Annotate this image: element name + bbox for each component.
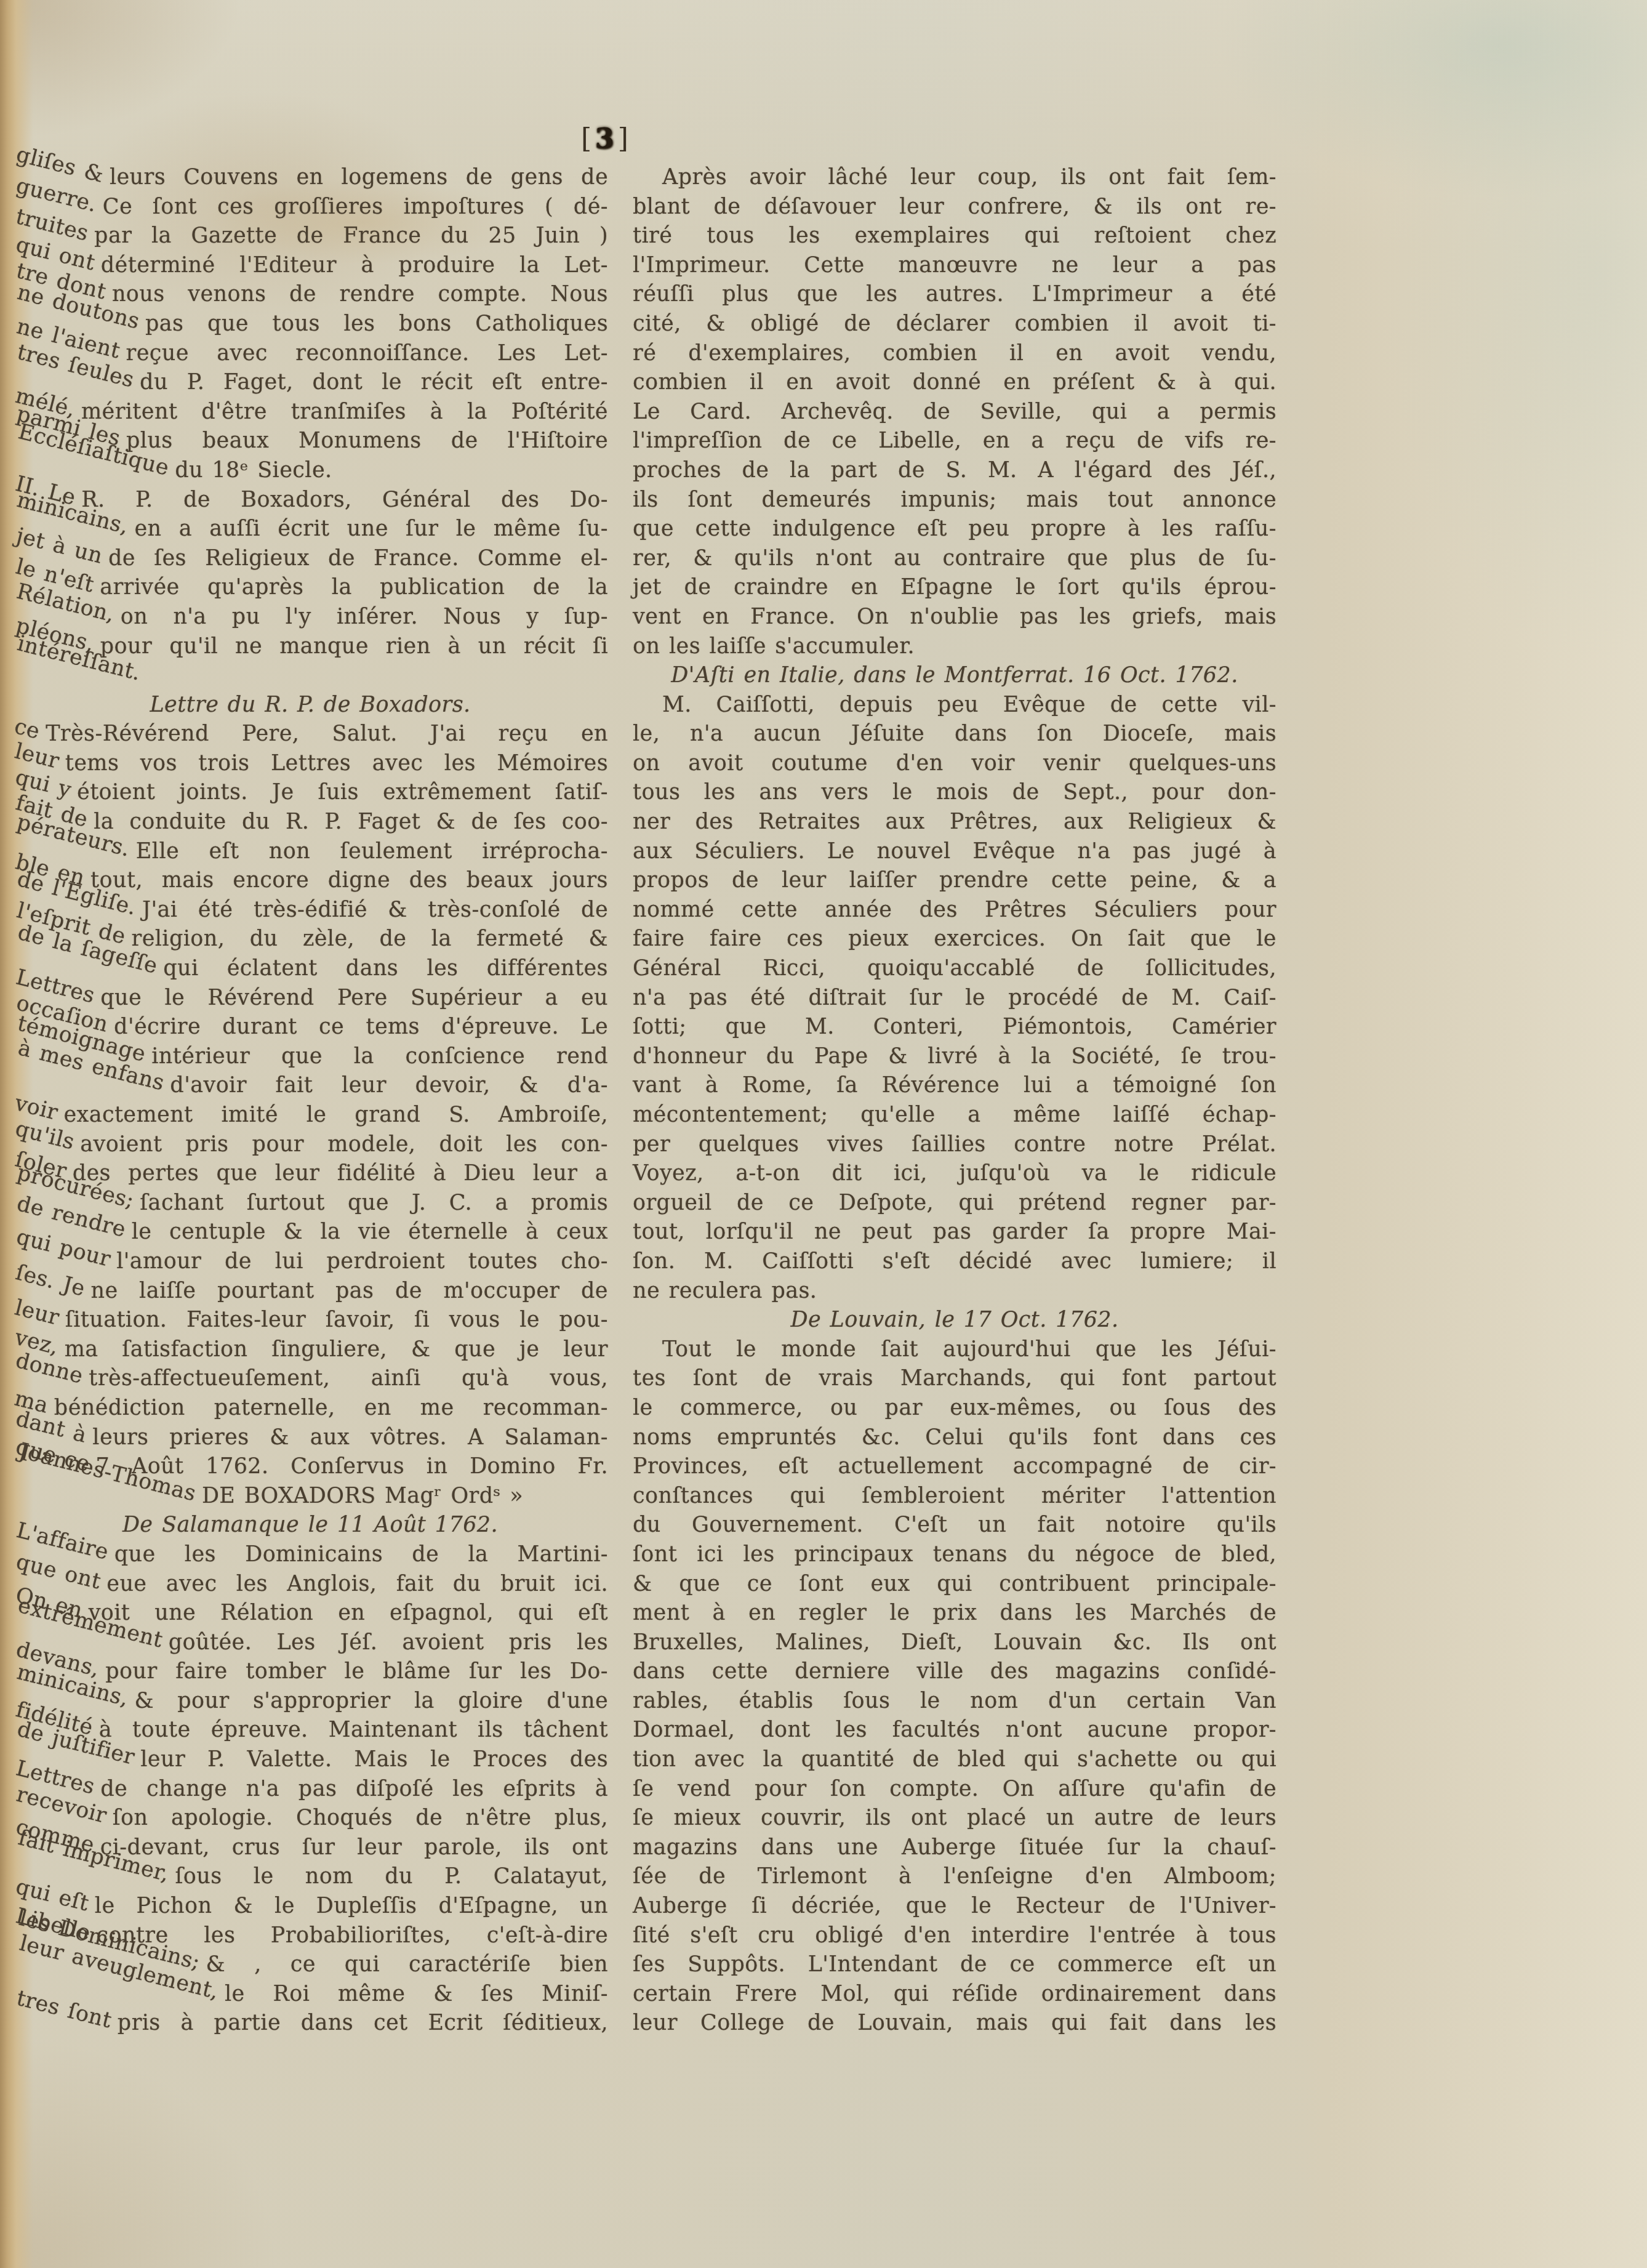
line-text: ſous le nom du P. Calatayut, xyxy=(175,1864,608,1889)
line-text: réuſſi plus que les autres. L'Imprimeur … xyxy=(633,282,1276,307)
text-line: rables, établis ſous le nom d'un certain… xyxy=(633,1689,1276,1718)
line-text: ſée de Tirlemont à l'enſeigne d'en Almbo… xyxy=(633,1864,1276,1889)
text-line: Lettres de change n'a pas diſpoſé les eſ… xyxy=(12,1777,608,1806)
text-line: guerre. Ce ſont ces groſſieres impoſture… xyxy=(12,195,608,224)
line-text: jet de craindre en Eſpagne le ſort qu'il… xyxy=(633,575,1276,600)
line-text: tout, mais encore digne des beaux jours xyxy=(90,868,608,893)
line-text: orgueil de ce Deſpote, qui prétend regne… xyxy=(633,1191,1276,1215)
text-line: certain Frere Mol, qui réſide ordinairem… xyxy=(633,1982,1276,2011)
text-line: dant à leurs prieres & aux vôtres. A Sal… xyxy=(12,1425,608,1455)
text-line: Tout le monde ſait aujourd'hui que les J… xyxy=(633,1337,1276,1367)
line-text: du P. Faget, dont le récit eſt entre- xyxy=(140,370,608,395)
line-text: religion, du zèle, de la fermeté & xyxy=(132,927,608,951)
line-text: on n'a pu l'y inſérer. Nous y ſup- xyxy=(121,605,608,629)
text-line: L'affaire que les Dominicains de la Mart… xyxy=(12,1542,608,1572)
line-text: Le Card. Archevêq. de Seville, qui a per… xyxy=(633,400,1276,424)
line-text: ner des Retraites aux Prêtres, aux Relig… xyxy=(633,810,1276,834)
text-line: tout, lorſqu'il ne peut pas garder ſa pr… xyxy=(633,1220,1276,1249)
text-line: que cette indulgence eſt peu propre à le… xyxy=(633,517,1276,546)
text-line: Auberge ſi décriée, que le Recteur de l'… xyxy=(633,1894,1276,1923)
line-text: dans cette derniere ville des magazins c… xyxy=(633,1659,1276,1684)
text-line: Rélation, on n'a pu l'y inſérer. Nous y … xyxy=(12,605,608,634)
line-text: par la Gazette de France du 25 Juin ) xyxy=(94,223,608,248)
line-text: vant à Rome, ſa Révérence lui a témoigné… xyxy=(633,1073,1276,1098)
line-text: tout, lorſqu'il ne peut pas garder ſa pr… xyxy=(633,1220,1276,1244)
line-text: & pour s'approprier la gloire d'une xyxy=(134,1689,608,1713)
text-line: mécontentement; qu'elle a même laiſſé éc… xyxy=(633,1103,1276,1132)
line-text: des pertes que leur fidélité à Dieu leur… xyxy=(73,1161,608,1186)
text-line: tres ſont pris à partie dans cet Ecrit ſ… xyxy=(12,2011,608,2040)
line-text: le centuple & la vie éternelle à ceux xyxy=(132,1220,608,1244)
text-line: vez, ma ſatisfaction ſinguliere, & que j… xyxy=(12,1337,608,1367)
text-line: leur ſituation. Faites-leur ſavoir, ſi v… xyxy=(12,1308,608,1337)
text-line: tiré tous les exemplaires qui reſtoient … xyxy=(633,223,1276,253)
line-text: De Louvain, le 17 Oct. 1762. xyxy=(633,1308,1276,1332)
line-text: De Salamanque le 11 Août 1762. xyxy=(12,1513,608,1537)
text-line: ner des Retraites aux Prêtres, aux Relig… xyxy=(633,810,1276,839)
text-line: tous les ans vers le mois de Sept., pour… xyxy=(633,780,1276,810)
line-text: Bruxelles, Malines, Dieſt, Louvain &c. I… xyxy=(633,1630,1276,1655)
line-text: J'ai été très-édifié & très-conſolé de xyxy=(142,898,608,922)
text-line: ſes. Je ne laiſſe pourtant pas de m'occu… xyxy=(12,1279,608,1308)
line-text: D'Aſti en Italie, dans le Montferrat. 16… xyxy=(633,663,1276,688)
line-text: en a auſſi écrit une ſur le même ſu- xyxy=(134,517,608,541)
text-line: Lettre du R. P. de Boxadors. xyxy=(12,693,608,722)
line-text: ils ſont demeurés impunis; mais tout ann… xyxy=(633,488,1276,512)
text-line: combien il en avoit donné en préſent & à… xyxy=(633,370,1276,400)
text-line: n'a pas été diſtrait ſur le procédé de M… xyxy=(633,986,1276,1015)
line-text: ment à en regler le prix dans les Marché… xyxy=(633,1601,1276,1625)
line-text: ne reculera pas. xyxy=(633,1279,1276,1303)
line-text: pas que tous les bons Catholiques xyxy=(145,312,608,336)
line-text: d'honneur du Pape & livré à la Société, … xyxy=(633,1044,1276,1069)
text-line: qu'ils avoient pris pour modele, doit le… xyxy=(12,1132,608,1162)
line-text: blant de déſavouer leur confrere, & ils … xyxy=(633,195,1276,219)
line-text: pour faire tomber le blâme ſur les Do- xyxy=(105,1659,608,1684)
line-text: exactement imité le grand S. Ambroiſe, xyxy=(63,1103,608,1127)
page-number: [3] xyxy=(581,123,679,155)
text-line: réuſſi plus que les autres. L'Imprimeur … xyxy=(633,282,1276,312)
line-text: nommé cette année des Prêtres Séculiers … xyxy=(633,898,1276,922)
line-text: le commerce, ou par eux-mêmes, ou ſous d… xyxy=(633,1396,1276,1420)
text-line: dans cette derniere ville des magazins c… xyxy=(633,1659,1276,1689)
line-text: ma ſatisfaction ſinguliere, & que je leu… xyxy=(65,1337,608,1362)
line-text: tems vos trois Lettres avec les Mémoires xyxy=(65,751,608,776)
line-text: Après avoir lâché leur coup, ils ont fai… xyxy=(633,165,1276,190)
text-line: gliſes & leurs Couvens en logemens de ge… xyxy=(12,165,608,195)
line-text: M. Caiſſotti, depuis peu Evêque de cette… xyxy=(633,693,1276,717)
text-line: faire faire ces pieux exercices. On ſait… xyxy=(633,927,1276,956)
text-line: l'Imprimeur. Cette manœuvre ne leur a pa… xyxy=(633,253,1276,283)
text-line: Voyez, a-t-on dit ici, juſqu'où va le ri… xyxy=(633,1161,1276,1191)
text-line: ma bénédiction paternelle, en me recomma… xyxy=(12,1396,608,1425)
text-line: qui pour l'amour de lui perdroient toute… xyxy=(12,1249,608,1279)
text-line: de juſtifier leur P. Valette. Mais le Pr… xyxy=(12,1747,608,1777)
line-text: du Gouvernement. C'eſt un fait notoire q… xyxy=(633,1513,1276,1537)
line-text: proches de la part de S. M. A l'égard de… xyxy=(633,458,1276,483)
line-text: déterminé l'Editeur à produire la Let- xyxy=(101,253,608,278)
line-text: voit une Rélation en eſpagnol, qui eſt xyxy=(89,1601,608,1625)
text-line: De Salamanque le 11 Août 1762. xyxy=(12,1513,608,1542)
text-line: pérateurs. Elle eſt non ſeulement irrépr… xyxy=(12,839,608,869)
text-line: Eccléſiaſtique du 18ᵉ Siecle. xyxy=(12,458,608,488)
line-text: rer, & qu'ils n'ont au contraire que plu… xyxy=(633,546,1276,571)
line-text: ſe mieux couvrir, ils ont placé un autre… xyxy=(633,1806,1276,1830)
warped-line-start: ce xyxy=(12,714,42,744)
line-text: eue avec les Anglois, fait du bruit ici. xyxy=(106,1572,608,1596)
line-text: du 18ᵉ Siecle. xyxy=(175,458,608,483)
line-text: pour qu'il ne manque rien à un récit ſi xyxy=(100,634,608,659)
text-line: aux Séculiers. Le nouvel Evêque n'a pas … xyxy=(633,839,1276,869)
line-text: combien il en avoit donné en préſent & à… xyxy=(633,370,1276,395)
folio-close-bracket: ] xyxy=(618,123,632,155)
line-text: leur College de Louvain, mais qui fait d… xyxy=(633,2011,1276,2035)
text-line: ment à en regler le prix dans les Marché… xyxy=(633,1601,1276,1630)
text-line: on avoit coutume d'en voir venir quelque… xyxy=(633,751,1276,781)
line-text: ſon apologie. Choqués de n'être plus, xyxy=(113,1806,608,1830)
line-text: & , ce qui caractériſe bien xyxy=(206,1952,608,1977)
line-text: goûtée. Les Jéſ. avoient pris les xyxy=(169,1630,608,1655)
line-text: conſtances qui ſembleroient mériter l'at… xyxy=(633,1484,1276,1508)
text-line: voir exactement imité le grand S. Ambroi… xyxy=(12,1103,608,1132)
line-text: étoient joints. Je ſuis extrêmement ſati… xyxy=(77,780,608,805)
text-line: ſe vend pour ſon compte. On aſſure qu'af… xyxy=(633,1777,1276,1806)
left-text-column: gliſes & leurs Couvens en logemens de ge… xyxy=(12,165,608,2040)
text-line: Lettres que le Révérend Pere Supérieur a… xyxy=(12,986,608,1015)
line-text: qui éclatent dans les différentes xyxy=(163,956,608,981)
line-text: DE BOXADORS Magʳ Ordˢ » xyxy=(202,1484,608,1508)
text-line: d'honneur du Pape & livré à la Société, … xyxy=(633,1044,1276,1074)
text-line: Dormael, dont les facultés n'ont aucune … xyxy=(633,1718,1276,1747)
line-text: avoient pris pour modele, doit les con- xyxy=(80,1132,608,1157)
line-text: ſituation. Faites-leur ſavoir, ſi vous l… xyxy=(65,1308,608,1332)
line-text: propos de leur laiſſer prendre cette pei… xyxy=(633,868,1276,893)
line-text: le, n'a aucun Jéſuite dans ſon Dioceſe, … xyxy=(633,722,1276,746)
text-line: cité, & obligé de déclarer combien il av… xyxy=(633,312,1276,341)
text-line: per quelques vives ſaillies contre notre… xyxy=(633,1132,1276,1162)
line-text: intérieur que la conſcience rend xyxy=(151,1044,608,1069)
text-line: on les laiſſe s'accumuler. xyxy=(633,634,1276,664)
line-text: la conduite du R. P. Faget & de ſes coo- xyxy=(94,810,608,834)
text-line: ſont ici les principaux tenans du négoce… xyxy=(633,1542,1276,1572)
line-text: Ce ſont ces groſſieres impoſtures ( dé- xyxy=(103,195,608,219)
text-line: jet de craindre en Eſpagne le ſort qu'il… xyxy=(633,575,1276,605)
line-text: tiré tous les exemplaires qui reſtoient … xyxy=(633,223,1276,248)
line-text: 7 Août 1762. Conſervus in Domino Fr. xyxy=(96,1454,609,1479)
line-text: arrivée qu'après la publication de la xyxy=(100,575,608,600)
text-line: D'Aſti en Italie, dans le Montferrat. 16… xyxy=(633,663,1276,693)
text-line: jet à un de ſes Religieux de France. Com… xyxy=(12,546,608,576)
line-text: cité, & obligé de déclarer combien il av… xyxy=(633,312,1276,336)
text-line: leur College de Louvain, mais qui fait d… xyxy=(633,2011,1276,2040)
text-line: qui ont déterminé l'Editeur à produire l… xyxy=(12,253,608,283)
line-text: ſes Suppôts. L'Intendant de ce commerce … xyxy=(633,1952,1276,1977)
line-text: noms empruntés &c. Celui qu'ils font dan… xyxy=(633,1425,1276,1450)
text-line: du Gouvernement. C'eſt un fait notoire q… xyxy=(633,1513,1276,1542)
line-text: tes ſont de vrais Marchands, qui font pa… xyxy=(633,1366,1276,1391)
line-text: Elle eſt non ſeulement irréprocha- xyxy=(136,839,608,864)
text-line: nommé cette année des Prêtres Séculiers … xyxy=(633,898,1276,927)
line-text: ſon. M. Caiſſotti s'eſt décidé avec lumi… xyxy=(633,1249,1276,1274)
line-text: ré d'exemplaires, combien il en avoit ve… xyxy=(633,341,1276,366)
text-line: que ont eue avec les Anglois, fait du br… xyxy=(12,1572,608,1601)
text-line: donne très-affectueuſement, ainſi qu'à v… xyxy=(12,1366,608,1396)
line-text: on avoit coutume d'en voir venir quelque… xyxy=(633,751,1276,776)
text-line: tres ſeules du P. Faget, dont le récit e… xyxy=(12,370,608,400)
line-text: ſité s'eſt cru obligé d'en interdire l'e… xyxy=(633,1923,1276,1948)
text-line: minicains, en a auſſi écrit une ſur le m… xyxy=(12,517,608,546)
text-line: ſité s'eſt cru obligé d'en interdire l'e… xyxy=(633,1923,1276,1953)
line-text: d'écrire durant ce tems d'épreuve. Le xyxy=(114,1015,608,1039)
text-line: propos de leur laiſſer prendre cette pei… xyxy=(633,868,1276,898)
text-line: vent en France. On n'oublie pas les grie… xyxy=(633,605,1276,634)
line-text: très-affectueuſement, ainſi qu'à vous, xyxy=(89,1366,608,1391)
text-line: ré d'exemplaires, combien il en avoit ve… xyxy=(633,341,1276,371)
text-line: rer, & qu'ils n'ont au contraire que plu… xyxy=(633,546,1276,576)
line-text: l'amour de lui perdroient toutes cho- xyxy=(116,1249,608,1274)
line-text: de change n'a pas diſpoſé les eſprits à xyxy=(100,1777,608,1801)
text-line: l'impreſſion de ce Libelle, en a reçu de… xyxy=(633,428,1276,458)
text-line: tion avec la quantité de bled qui s'ache… xyxy=(633,1747,1276,1777)
text-line: extrêmement goûtée. Les Jéſ. avoient pri… xyxy=(12,1630,608,1660)
folio-digit: 3 xyxy=(595,123,618,155)
line-text: le Roi même & ſes Miniſ- xyxy=(225,1982,608,2006)
text-line: M. Caiſſotti, depuis peu Evêque de cette… xyxy=(633,693,1276,722)
line-text: leur P. Valette. Mais le Proces des xyxy=(140,1747,608,1772)
line-text: & que ce ſont eux qui contribuent princi… xyxy=(633,1572,1276,1596)
text-line: le, n'a aucun Jéſuite dans ſon Dioceſe, … xyxy=(633,722,1276,751)
text-line: proches de la part de S. M. A l'égard de… xyxy=(633,458,1276,488)
text-line: le commerce, ou par eux-mêmes, ou ſous d… xyxy=(633,1396,1276,1425)
line-text: d'avoir fait leur devoir, & d'a- xyxy=(170,1073,608,1098)
line-text: aux Séculiers. Le nouvel Evêque n'a pas … xyxy=(633,839,1276,864)
line-text: de ſes Religieux de France. Comme el- xyxy=(108,546,608,571)
scanned-book-page: [3] gliſes & leurs Couvens en logemens d… xyxy=(0,0,1647,2268)
text-line: à mes enfans d'avoir fait leur devoir, &… xyxy=(12,1073,608,1103)
text-line: intéreſſant. xyxy=(12,663,608,693)
text-line: ſe mieux couvrir, ils ont placé un autre… xyxy=(633,1806,1276,1835)
text-line: Bruxelles, Malines, Dieſt, Louvain &c. I… xyxy=(633,1630,1276,1660)
line-text: leurs prieres & aux vôtres. A Salaman- xyxy=(92,1425,608,1450)
line-text: on les laiſſe s'accumuler. xyxy=(633,634,1276,659)
line-text: ne laiſſe pourtant pas de m'occuper de xyxy=(90,1279,608,1303)
line-text: leurs Couvens en logemens de gens de xyxy=(110,165,608,190)
line-text: méritent d'être tranſmiſes à la Poſtérit… xyxy=(81,400,608,424)
text-line: De Louvain, le 17 Oct. 1762. xyxy=(633,1308,1276,1337)
text-line: qui eſt le Pichon & le Dupleſſis d'Eſpag… xyxy=(12,1894,608,1923)
line-text: Général Ricci, quoiqu'accablé de ſollici… xyxy=(633,956,1276,981)
line-text: magazins dans une Auberge ſituée ſur la … xyxy=(633,1835,1276,1860)
line-text: ci-devant, crus ſur leur parole, ils ont xyxy=(100,1835,608,1860)
line-text: vent en France. On n'oublie pas les grie… xyxy=(633,605,1276,629)
text-line: Général Ricci, quoiqu'accablé de ſollici… xyxy=(633,956,1276,986)
text-line: ce Très-Révérend Pere, Salut. J'ai reçu … xyxy=(12,722,608,751)
line-text: tion avec la quantité de bled qui s'ache… xyxy=(633,1747,1276,1772)
line-text: faire faire ces pieux exercices. On ſait… xyxy=(633,927,1276,951)
text-line: ſes Suppôts. L'Intendant de ce commerce … xyxy=(633,1952,1276,1982)
text-line: ſée de Tirlemont à l'enſeigne d'en Almbo… xyxy=(633,1864,1276,1894)
text-line: Le Card. Archevêq. de Seville, qui a per… xyxy=(633,400,1276,429)
text-line: ils ſont demeurés impunis; mais tout ann… xyxy=(633,488,1276,517)
line-text: plus beaux Monumens de l'Hiſtoire xyxy=(126,428,608,453)
line-text: le Pichon & le Dupleſſis d'Eſpagne, un xyxy=(95,1894,608,1918)
text-line: & que ce ſont eux qui contribuent princi… xyxy=(633,1572,1276,1601)
line-text: Auberge ſi décriée, que le Recteur de l'… xyxy=(633,1894,1276,1918)
text-line: minicains, & pour s'approprier la gloire… xyxy=(12,1689,608,1718)
text-line: leur tems vos trois Lettres avec les Mém… xyxy=(12,751,608,781)
line-text: R. P. de Boxadors, Général des Do- xyxy=(81,488,608,512)
line-text: certain Frere Mol, qui réſide ordinairem… xyxy=(633,1982,1276,2006)
text-line: Joannes-Thomas DE BOXADORS Magʳ Ordˢ » xyxy=(12,1484,608,1513)
line-text: n'a pas été diſtrait ſur le procédé de M… xyxy=(633,986,1276,1010)
line-text: Voyez, a-t-on dit ici, juſqu'où va le ri… xyxy=(633,1161,1276,1186)
line-text: bénédiction paternelle, en me recomman- xyxy=(54,1396,608,1420)
folio-open-bracket: [ xyxy=(581,123,595,155)
line-text: que les Dominicains de la Martini- xyxy=(114,1542,608,1567)
right-text-column: Après avoir lâché leur coup, ils ont fai… xyxy=(633,165,1276,2040)
text-line: conſtances qui ſembleroient mériter l'at… xyxy=(633,1484,1276,1513)
line-text: Provinces, eſt actuellement accompagné d… xyxy=(633,1454,1276,1479)
text-line: truites par la Gazette de France du 25 J… xyxy=(12,223,608,253)
text-line: magazins dans une Auberge ſituée ſur la … xyxy=(633,1835,1276,1865)
line-text: mécontentement; qu'elle a même laiſſé éc… xyxy=(633,1103,1276,1127)
line-text: reçue avec reconnoiſſance. Les Let- xyxy=(126,341,608,366)
text-line: ſotti; que M. Conteri, Piémontois, Camér… xyxy=(633,1015,1276,1044)
line-text: ſotti; que M. Conteri, Piémontois, Camér… xyxy=(633,1015,1276,1039)
line-text: l'Imprimeur. Cette manœuvre ne leur a pa… xyxy=(633,253,1276,278)
text-line: fait imprimer, ſous le nom du P. Calatay… xyxy=(12,1864,608,1894)
line-text: à toute épreuve. Maintenant ils tâchent xyxy=(99,1718,608,1742)
line-text: tous les ans vers le mois de Sept., pour… xyxy=(633,780,1276,805)
line-text: per quelques vives ſaillies contre notre… xyxy=(633,1132,1276,1157)
text-line: ſon. M. Caiſſotti s'eſt décidé avec lumi… xyxy=(633,1249,1276,1279)
line-text: pris à partie dans cet Ecrit ſéditieux, xyxy=(118,2011,608,2035)
text-line: tes ſont de vrais Marchands, qui font pa… xyxy=(633,1366,1276,1396)
text-line: recevoir ſon apologie. Choqués de n'être… xyxy=(12,1806,608,1835)
line-text: que cette indulgence eſt peu propre à le… xyxy=(633,517,1276,541)
text-line: orgueil de ce Deſpote, qui prétend regne… xyxy=(633,1191,1276,1220)
line-text: que le Révérend Pere Supérieur a eu xyxy=(100,986,608,1010)
line-text: ſachant ſurtout que J. C. a promis xyxy=(140,1191,608,1215)
line-text: Dormael, dont les facultés n'ont aucune … xyxy=(633,1718,1276,1742)
text-line: ne reculera pas. xyxy=(633,1279,1276,1308)
line-text: Tout le monde ſait aujourd'hui que les J… xyxy=(633,1337,1276,1362)
line-text: Très-Révérend Pere, Salut. J'ai reçu en xyxy=(46,722,608,746)
text-line: qui y étoient joints. Je ſuis extrêmemen… xyxy=(12,780,608,810)
line-text: ſe vend pour ſon compte. On aſſure qu'af… xyxy=(633,1777,1276,1801)
text-line: Provinces, eſt actuellement accompagné d… xyxy=(633,1454,1276,1484)
line-text: ſont ici les principaux tenans du négoce… xyxy=(633,1542,1276,1567)
line-text: nous venons de rendre compte. Nous xyxy=(112,282,608,307)
line-text: l'impreſſion de ce Libelle, en a reçu de… xyxy=(633,428,1276,453)
line-text: rables, établis ſous le nom d'un certain… xyxy=(633,1689,1276,1713)
line-text: Lettre du R. P. de Boxadors. xyxy=(12,693,608,717)
text-line: Après avoir lâché leur coup, ils ont fai… xyxy=(633,165,1276,195)
text-line: blant de déſavouer leur confrere, & ils … xyxy=(633,195,1276,224)
text-line: de la ſageſſe qui éclatent dans les diff… xyxy=(12,956,608,986)
text-line: vant à Rome, ſa Révérence lui a témoigné… xyxy=(633,1073,1276,1103)
text-line: noms empruntés &c. Celui qu'ils font dan… xyxy=(633,1425,1276,1455)
